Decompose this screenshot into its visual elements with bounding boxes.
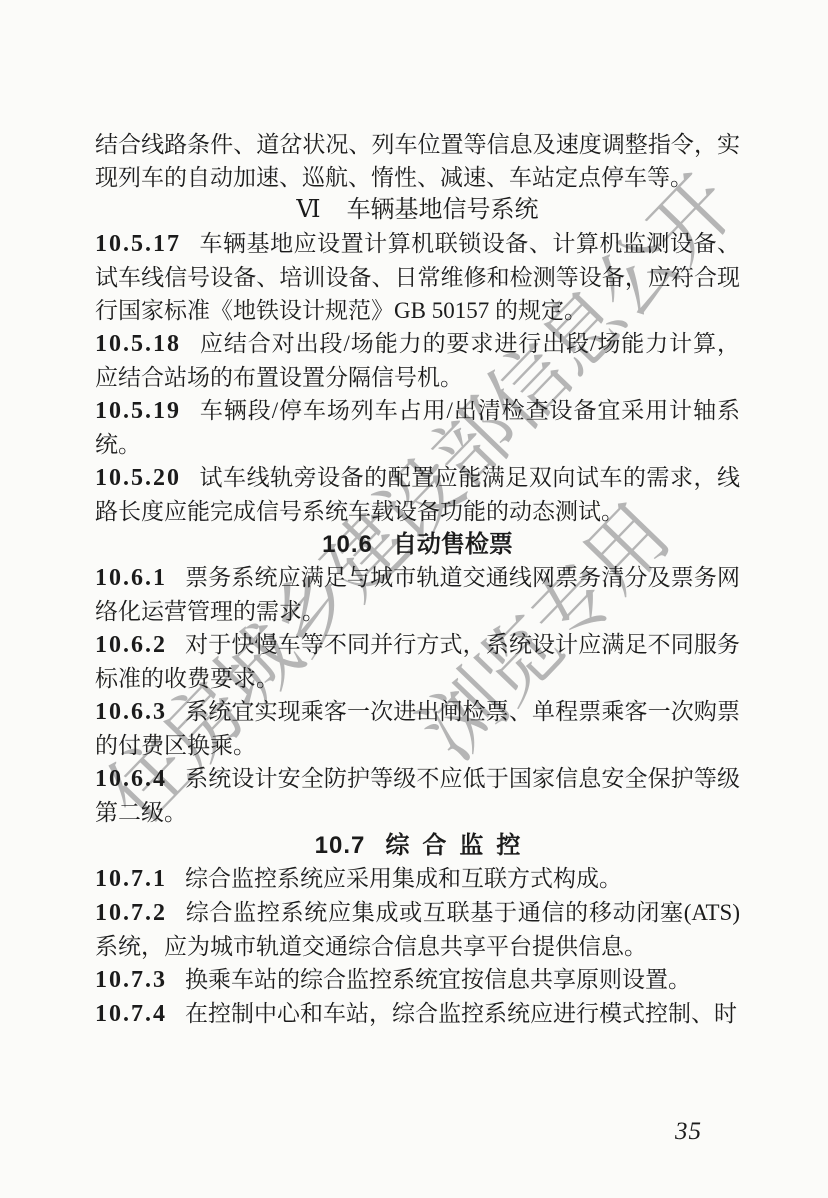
body-text: 结合线路条件、道岔状况、列车位置等信息及速度调整指令，实现列车的自动加速、巡航、… bbox=[95, 128, 740, 1031]
clause-text: 车辆基地应设置计算机联锁设备、计算机监测设备、试车线信号设备、培训设备、日常维修… bbox=[95, 231, 740, 323]
clause-text: 应结合对出段/场能力的要求进行出段/场能力计算，应结合站场的布置设置分隔信号机。 bbox=[95, 331, 740, 390]
clause-text: 系统设计安全防护等级不应低于国家信息安全保护等级第二级。 bbox=[95, 766, 740, 825]
clause-number: 10.5.18 bbox=[95, 331, 181, 357]
section-title: 自动售检票 bbox=[393, 531, 513, 558]
section-title: 综合监控 bbox=[385, 832, 533, 859]
clause-10-5-18: 10.5.18应结合对出段/场能力的要求进行出段/场能力计算，应结合站场的布置设… bbox=[95, 327, 740, 394]
clause-number: 10.6.3 bbox=[95, 699, 167, 725]
clause-number: 10.7.4 bbox=[95, 1001, 167, 1027]
clause-text: 换乘车站的综合监控系统宜按信息共享原则设置。 bbox=[185, 967, 691, 992]
clause-number: 10.7.2 bbox=[95, 900, 167, 926]
section-number: 10.6 bbox=[322, 531, 373, 558]
clause-number: 10.5.19 bbox=[95, 398, 181, 424]
clause-number: 10.6.4 bbox=[95, 766, 167, 792]
intro-paragraph: 结合线路条件、道岔状况、列车位置等信息及速度调整指令，实现列车的自动加速、巡航、… bbox=[95, 128, 740, 194]
clause-10-5-20: 10.5.20试车线轨旁设备的配置应能满足双向试车的需求，线路长度应能完成信号系… bbox=[95, 461, 740, 528]
clause-10-7-2: 10.7.2综合监控系统应集成或互联基于通信的移动闭塞(ATS)系统，应为城市轨… bbox=[95, 896, 740, 963]
clause-number: 10.5.17 bbox=[95, 231, 181, 257]
clause-text: 对于快慢车等不同并行方式，系统设计应满足不同服务标准的收费要求。 bbox=[95, 632, 740, 691]
page-number: 35 bbox=[675, 1118, 702, 1146]
clause-text: 试车线轨旁设备的配置应能满足双向试车的需求，线路长度应能完成信号系统车载设备功能… bbox=[95, 465, 740, 524]
subsection-roman-numeral: Ⅵ bbox=[296, 197, 320, 223]
clause-10-7-4: 10.7.4在控制中心和车站，综合监控系统应进行模式控制、时 bbox=[95, 997, 740, 1031]
clause-number: 10.6.1 bbox=[95, 565, 167, 591]
section-heading-10-7: 10.7综合监控 bbox=[95, 829, 740, 862]
clause-text: 在控制中心和车站，综合监控系统应进行模式控制、时 bbox=[185, 1001, 737, 1026]
clause-10-5-17: 10.5.17车辆基地应设置计算机联锁设备、计算机监测设备、试车线信号设备、培训… bbox=[95, 227, 740, 327]
clause-text: 综合监控系统应集成或互联基于通信的移动闭塞(ATS)系统，应为城市轨道交通综合信… bbox=[95, 900, 740, 959]
clause-10-5-19: 10.5.19车辆段/停车场列车占用/出清检查设备宜采用计轴系统。 bbox=[95, 394, 740, 461]
section-number: 10.7 bbox=[315, 832, 366, 859]
clause-10-6-4: 10.6.4系统设计安全防护等级不应低于国家信息安全保护等级第二级。 bbox=[95, 762, 740, 829]
clause-10-7-1: 10.7.1综合监控系统应采用集成和互联方式构成。 bbox=[95, 862, 740, 896]
clause-10-7-3: 10.7.3换乘车站的综合监控系统宜按信息共享原则设置。 bbox=[95, 963, 740, 997]
clause-text: 车辆段/停车场列车占用/出清检查设备宜采用计轴系统。 bbox=[95, 398, 740, 457]
document-page: 住房城乡建设部信息公开 浏览专用 结合线路条件、道岔状况、列车位置等信息及速度调… bbox=[0, 0, 828, 1198]
clause-10-6-3: 10.6.3系统宜实现乘客一次进出闸检票、单程票乘客一次购票的付费区换乘。 bbox=[95, 695, 740, 762]
clause-number: 10.6.2 bbox=[95, 632, 167, 658]
clause-number: 10.7.3 bbox=[95, 967, 167, 993]
clause-text: 票务系统应满足与城市轨道交通线网票务清分及票务网络化运营管理的需求。 bbox=[95, 565, 740, 624]
section-heading-10-6: 10.6自动售检票 bbox=[95, 528, 740, 561]
clause-number: 10.5.20 bbox=[95, 465, 181, 491]
subsection-title: 车辆基地信号系统 bbox=[347, 197, 539, 223]
clause-text: 综合监控系统应采用集成和互联方式构成。 bbox=[185, 866, 622, 891]
subsection-heading-vi: Ⅵ车辆基地信号系统 bbox=[95, 194, 740, 227]
clause-number: 10.7.1 bbox=[95, 866, 167, 892]
clause-10-6-2: 10.6.2对于快慢车等不同并行方式，系统设计应满足不同服务标准的收费要求。 bbox=[95, 628, 740, 695]
clause-text: 系统宜实现乘客一次进出闸检票、单程票乘客一次购票的付费区换乘。 bbox=[95, 699, 740, 758]
clause-10-6-1: 10.6.1票务系统应满足与城市轨道交通线网票务清分及票务网络化运营管理的需求。 bbox=[95, 561, 740, 628]
